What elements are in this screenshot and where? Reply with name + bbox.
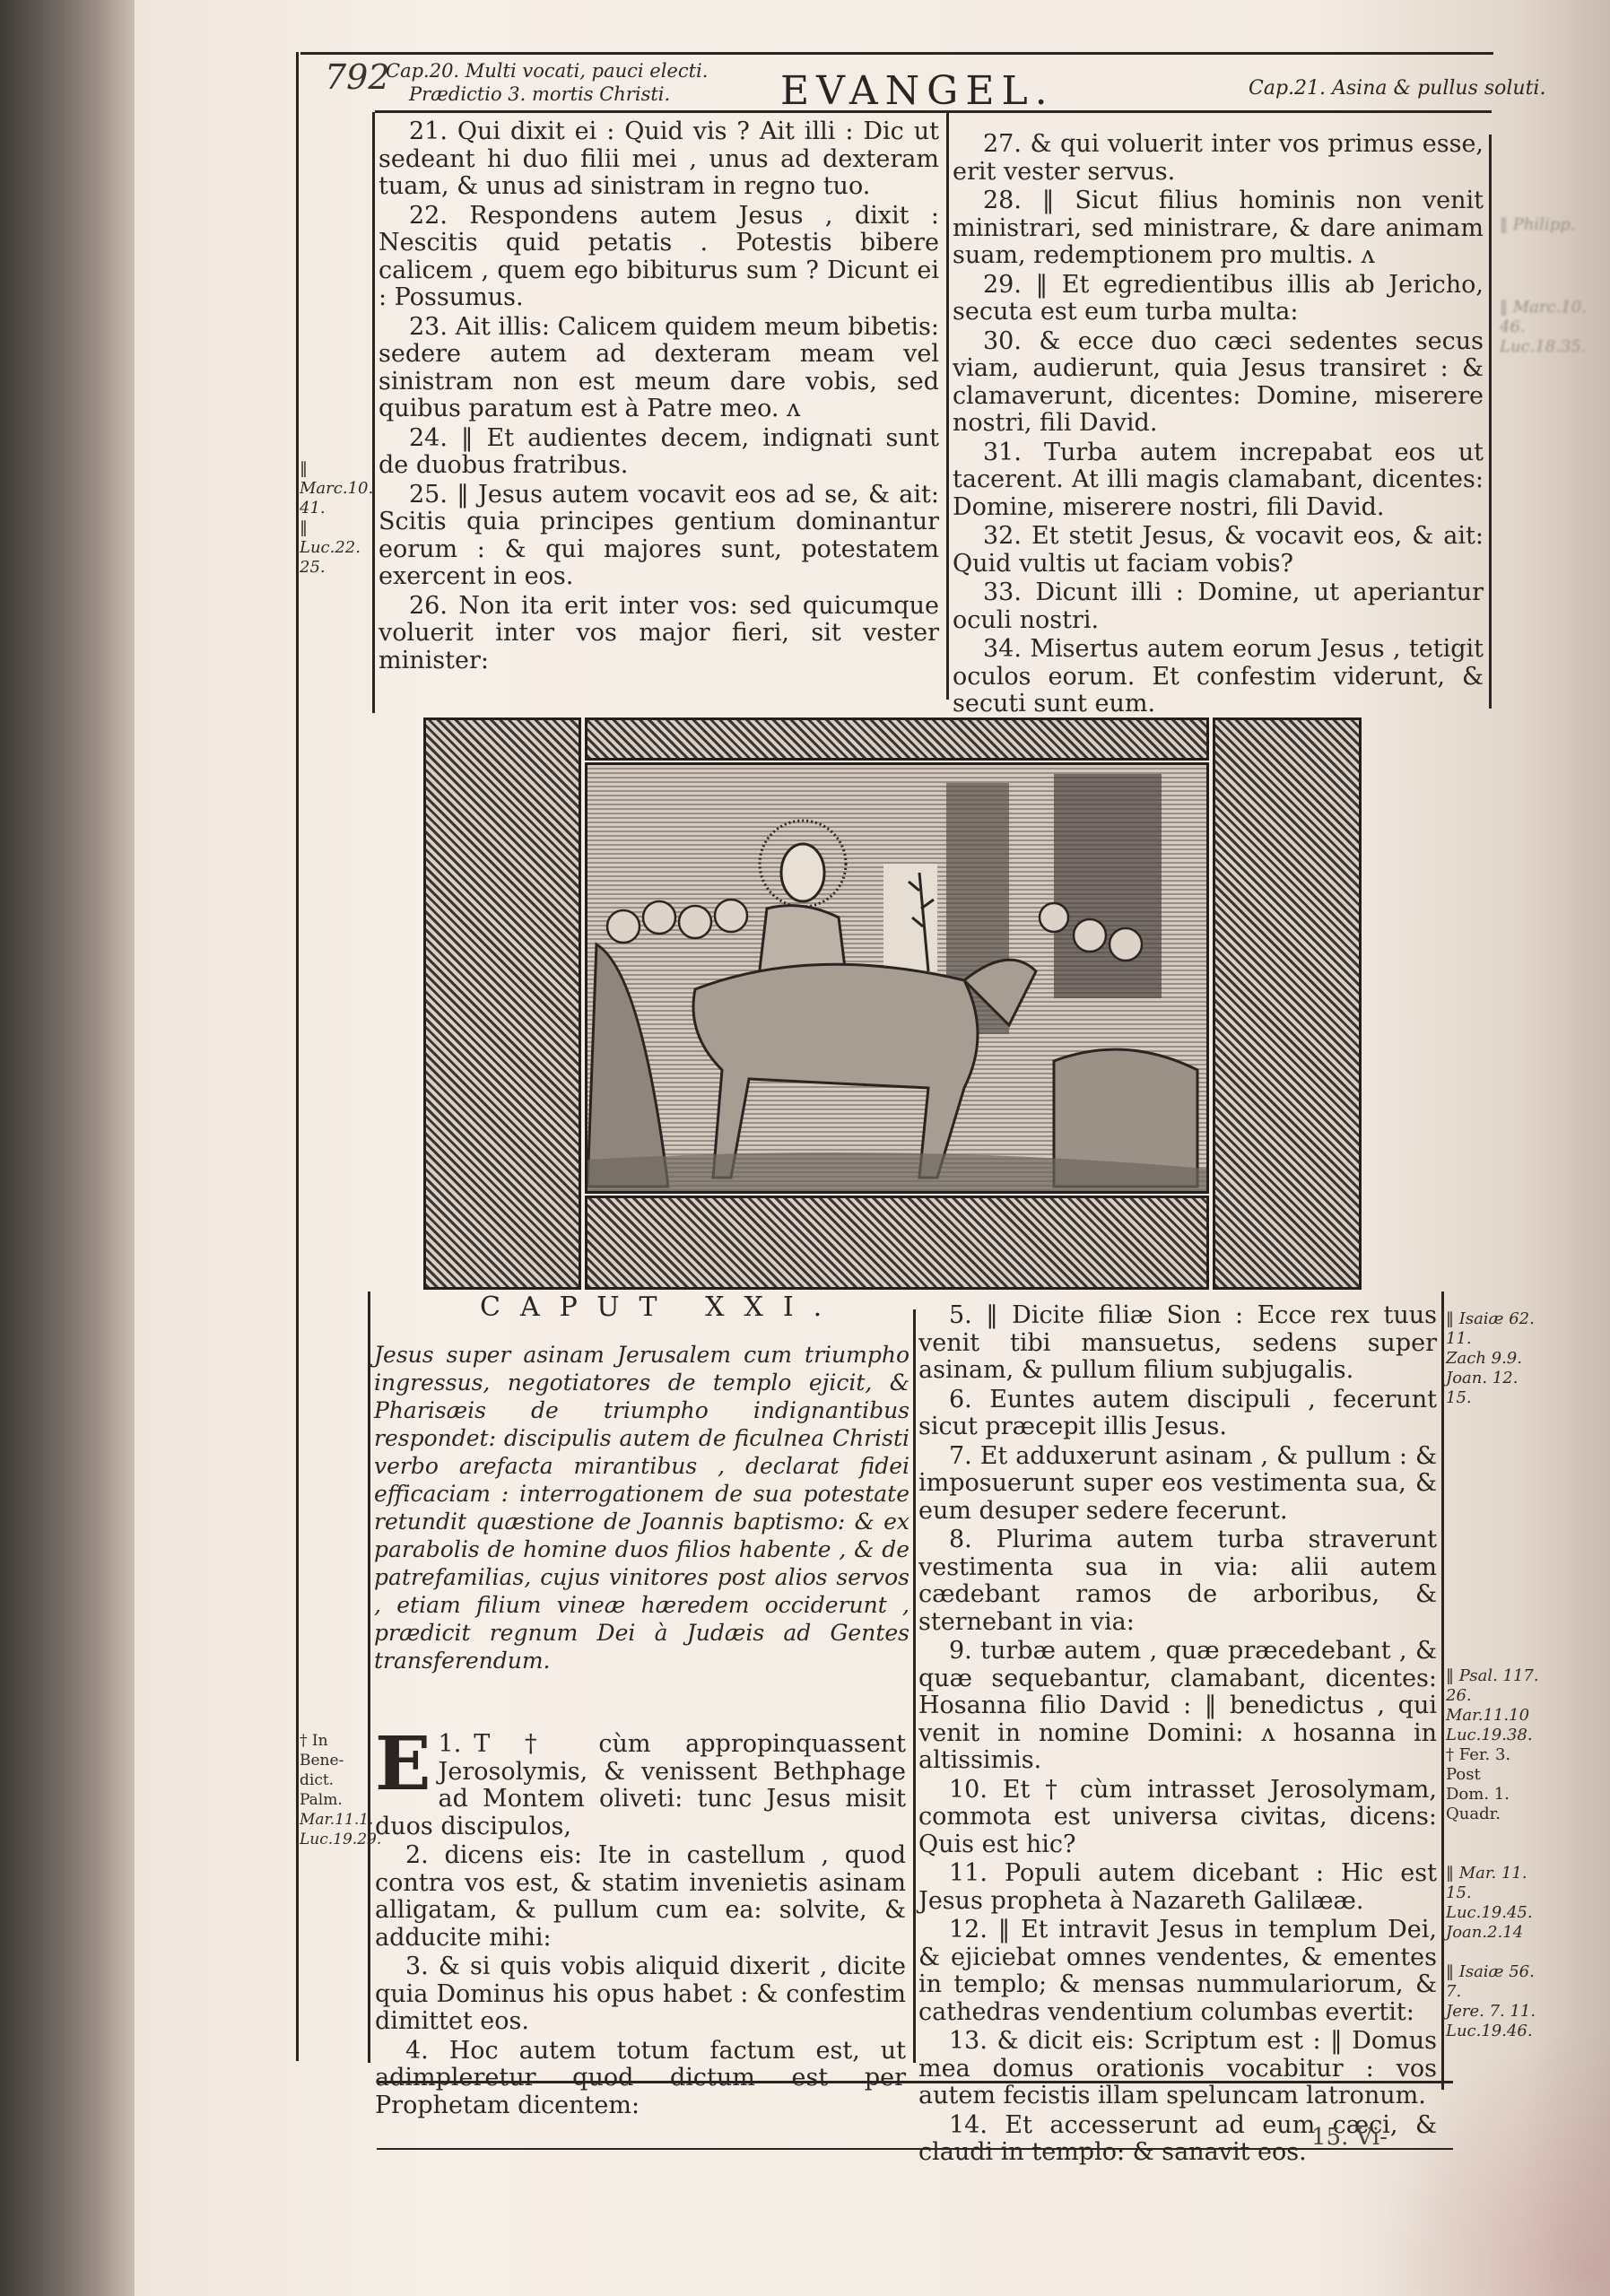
margin-ref: Mar.11.1. <box>300 1810 367 1830</box>
margin-ref: Jere. 7. 11. <box>1446 2002 1545 2022</box>
margin-ref: Luc.19.46. <box>1446 2022 1545 2041</box>
verse: 22. Respondens autem Jesus , dixit : Nes… <box>379 203 939 312</box>
margin-ref: Dom. 1. <box>1446 1785 1545 1805</box>
margin-ref: 25. <box>300 558 371 578</box>
outer-right-frame-line-upper <box>1489 135 1492 709</box>
chapter-summary: Jesus super asinam Jerusalem cum triumph… <box>374 1341 909 1674</box>
verse-one: 1.ET † cùm appropinquassent Jerosolymis,… <box>375 1731 906 1840</box>
margin-ref: 15. <box>1446 1883 1545 1903</box>
column-divider-lower <box>913 1309 916 2063</box>
verse-number: 1. <box>439 1730 462 1758</box>
margin-ref: ‖ Luc.22. <box>300 518 371 558</box>
verse: 24. ‖ Et audientes decem, indignati sunt… <box>379 425 939 480</box>
verse: 2. dicens eis: Ite in castellum , quod c… <box>375 1842 906 1952</box>
verse: 34. Misertus autem eorum Jesus , tetigit… <box>953 636 1484 718</box>
verse: 11. Populi autem dicebant : Hic est Jesu… <box>918 1860 1437 1915</box>
margin-ref: ‖ Marc.10. <box>1500 298 1598 317</box>
page-number: 792 <box>325 57 390 97</box>
margin-ref: 11. <box>1446 1329 1545 1349</box>
verse: 31. Turba autem increpabat eos ut tacere… <box>953 439 1484 522</box>
margin-ref: ‖ Psal. 117. <box>1446 1666 1545 1686</box>
outer-right-frame-line-lower <box>1441 1291 1444 2090</box>
ornamental-border-bottom <box>585 1196 1209 1290</box>
page-title: EVANGEL. <box>780 68 1055 114</box>
catchword: 15. Vi- <box>1311 2124 1388 2151</box>
left-running-head: Cap.20. Multi vocati, pauci electi. Præd… <box>386 59 708 106</box>
margin-ref: † In Bene- <box>300 1731 367 1770</box>
inner-left-frame-line-lower <box>368 1291 370 2063</box>
ornamental-border-right <box>1213 717 1362 1290</box>
verse: 3. & si quis vobis aliquid dixerit , dic… <box>375 1953 906 2036</box>
top-rule <box>300 52 1493 55</box>
inner-left-frame-line <box>372 112 375 713</box>
verse: 28. ‖ Sicut filius hominis non venit min… <box>953 187 1484 270</box>
margin-ref: 26. <box>1446 1686 1545 1706</box>
margin-ref: ‖ Marc.10. <box>300 459 371 499</box>
verse: 13. & dicit eis: Scriptum est : ‖ Domus … <box>918 2028 1437 2110</box>
margin-ref: Zach 9.9. <box>1446 1349 1545 1369</box>
verse: 27. & qui voluerit inter vos primus esse… <box>953 131 1484 186</box>
margin-ref: † Fer. 3. <box>1446 1745 1545 1765</box>
chapter-heading: CAPUT XXI. <box>480 1291 841 1323</box>
verse: 7. Et adduxerunt asinam , & pullum : & i… <box>918 1443 1437 1526</box>
margin-ref: dict. <box>300 1770 367 1790</box>
margin-note-lower-right-c: ‖ Mar. 11. 15. Luc.19.45. Joan.2.14 ‖ Is… <box>1446 1864 1545 2041</box>
margin-ref: Joan.2.14 <box>1446 1923 1545 1943</box>
woodcut-illustration <box>423 717 1464 1287</box>
verse: 26. Non ita erit inter vos: sed quicumqu… <box>379 593 939 675</box>
margin-ref: Luc.18.35. <box>1500 337 1598 357</box>
margin-note-upper-right: ‖ Philipp. ‖ Marc.10. 46. Luc.18.35. <box>1500 215 1598 357</box>
lower-left-column: 1.ET † cùm appropinquassent Jerosolymis,… <box>375 1731 906 2119</box>
verse: 23. Ait illis: Calicem quidem meum bibet… <box>379 314 939 423</box>
upper-right-column: 27. & qui voluerit inter vos primus esse… <box>953 131 1484 718</box>
margin-ref: 7. <box>1446 1982 1545 2002</box>
verse: 30. & ecce duo cæci sedentes secus viam,… <box>953 328 1484 438</box>
scene-drawing <box>587 765 1206 1191</box>
verse: 8. Plurima autem turba straverunt vestim… <box>918 1526 1437 1636</box>
outer-left-frame-line <box>296 52 299 2061</box>
verse: 21. Qui dixit ei : Quid vis ? Ait illi :… <box>379 118 939 201</box>
column-divider-upper <box>946 112 949 700</box>
verse: 32. Et stetit Jesus, & vocavit eos, & ai… <box>953 523 1484 578</box>
margin-ref: Luc.19.29. <box>300 1830 367 1849</box>
lower-right-column: 5. ‖ Dicite filiæ Sion : Ecce rex tuus v… <box>918 1302 1437 2167</box>
upper-left-column: 21. Qui dixit ei : Quid vis ? Ait illi :… <box>379 118 939 674</box>
margin-ref: Joan. 12. <box>1446 1369 1545 1388</box>
margin-ref: Palm. <box>300 1790 367 1810</box>
verse: 9. turbæ autem , quæ præcedebant , & quæ… <box>918 1638 1437 1775</box>
margin-ref: Post <box>1446 1765 1545 1785</box>
verse: 12. ‖ Et intravit Jesus in templum Dei, … <box>918 1917 1437 2026</box>
margin-ref: 46. <box>1500 317 1598 337</box>
verse: 25. ‖ Jesus autem vocavit eos ad se, & a… <box>379 482 939 591</box>
verse: 33. Dicunt illi : Domine, ut aperiantur … <box>953 579 1484 634</box>
margin-ref: Luc.19.45. <box>1446 1903 1545 1923</box>
margin-ref: ‖ Isaiæ 62. <box>1446 1309 1545 1329</box>
running-head-line: Prædictio 3. mortis Christi. <box>386 83 708 106</box>
right-running-head: Cap.21. Asina & pullus soluti. <box>1249 77 1545 100</box>
margin-ref: Quadr. <box>1446 1805 1545 1824</box>
entry-into-jerusalem-scene <box>585 762 1209 1194</box>
drop-cap: E <box>375 1735 431 1794</box>
margin-ref: Mar.11.10 <box>1446 1706 1545 1726</box>
margin-ref: 41. <box>300 499 371 518</box>
margin-note-lower-right-b: ‖ Psal. 117. 26. Mar.11.10 Luc.19.38. † … <box>1446 1666 1545 1824</box>
margin-ref: ‖ Isaiæ 56. <box>1446 1962 1545 1982</box>
verse: 29. ‖ Et egredientibus illis ab Jericho,… <box>953 272 1484 326</box>
verse: 10. Et † cùm intrasset Jerosolymam, comm… <box>918 1777 1437 1859</box>
margin-ref: ‖ Mar. 11. <box>1446 1864 1545 1883</box>
ornamental-border-top <box>585 717 1209 761</box>
margin-note-upper-left: ‖ Marc.10. 41. ‖ Luc.22. 25. <box>300 459 371 578</box>
running-head-line: Cap.20. Multi vocati, pauci electi. <box>386 59 708 83</box>
book-spine-shadow <box>0 0 157 2296</box>
verse: 4. Hoc autem totum factum est, ut adimpl… <box>375 2038 906 2120</box>
ornamental-border-left <box>423 717 581 1290</box>
margin-ref: ‖ Philipp. <box>1500 215 1598 235</box>
margin-ref: Luc.19.38. <box>1446 1726 1545 1745</box>
margin-note-lower-left: † In Bene- dict. Palm. Mar.11.1. Luc.19.… <box>300 1731 367 1849</box>
verse: 5. ‖ Dicite filiæ Sion : Ecce rex tuus v… <box>918 1302 1437 1385</box>
verse: 6. Euntes autem discipuli , fecerunt sic… <box>918 1387 1437 1441</box>
margin-ref: 15. <box>1446 1388 1545 1408</box>
margin-note-lower-right-a: ‖ Isaiæ 62. 11. Zach 9.9. Joan. 12. 15. <box>1446 1309 1545 1408</box>
